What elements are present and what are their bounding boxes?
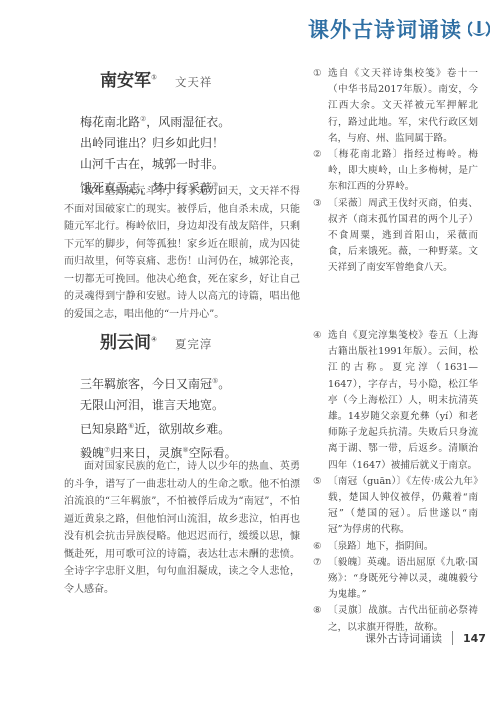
footnote: ③〔采薇〕周武王伐纣灭商，伯夷、叔齐（商末孤竹国君的两个儿子）不食周粟，逃到首阳… <box>313 196 478 277</box>
poem-line: 出岭同谁出？归乡如此归！ <box>80 133 298 154</box>
poem-section-1: 南安军① 文天祥 梅花南北路②，风雨湿征衣。 出岭同谁出？归乡如此归！ 山河千古… <box>70 66 298 199</box>
page-footer: 课外古诗词诵读 147 <box>365 630 486 646</box>
poem-line: 无限山河泪，谁言天地宽。 <box>80 395 298 416</box>
commentary-text: 面对国家民族的危亡，诗人以少年的热血、英勇的斗争，谱写了一曲悲壮动人的生命之歌。… <box>64 458 300 598</box>
poem-line: 山河千古在，城郭一时非。 <box>80 154 298 175</box>
notes-2: ④选自《夏完淳集笺校》卷五（上海古籍出版社1991年版）。云间，松江的古称。夏完… <box>313 328 478 636</box>
poem-title: 南安军① <box>100 66 157 91</box>
commentary-1: 数年坚持抗元斗争，终于无力回天，文天祥不得不面对国破家亡的现实。被俘后，他自杀未… <box>64 183 300 323</box>
footnote: ⑥〔泉路〕地下，指阴间。 <box>313 539 478 555</box>
footer-section-label: 课外古诗词诵读 <box>365 630 442 646</box>
footnote: ①选自《文天祥诗集校笺》卷十一（中华书局2017年版）。南安，今江西大余。文天祥… <box>313 66 478 147</box>
commentary-text: 数年坚持抗元斗争，终于无力回天，文天祥不得不面对国破家亡的现实。被俘后，他自杀未… <box>64 183 300 323</box>
poem-author: 文天祥 <box>175 74 213 90</box>
page-header: 课外古诗词诵读 <box>308 14 490 44</box>
poem-body: 三年羁旅客，今日又南冠⑤。 无限山河泪，谁言天地宽。 已知泉路⑥近，欲别故乡难。… <box>80 371 298 464</box>
poem-line: 梅花南北路②，风雨湿征衣。 <box>80 109 298 133</box>
page-number: 147 <box>463 632 486 645</box>
notes-1: ①选自《文天祥诗集校笺》卷十一（中华书局2017年版）。南安，今江西大余。文天祥… <box>313 66 478 277</box>
poem-section-2: 别云间④ 夏完淳 三年羁旅客，今日又南冠⑤。 无限山河泪，谁言天地宽。 已知泉路… <box>70 328 298 464</box>
commentary-2: 面对国家民族的危亡，诗人以少年的热血、英勇的斗争，谱写了一曲悲壮动人的生命之歌。… <box>64 458 300 598</box>
anchor-circle-icon <box>468 18 490 40</box>
section-title: 课外古诗词诵读 <box>308 14 462 44</box>
footnote: ④选自《夏完淳集笺校》卷五（上海古籍出版社1991年版）。云间，松江的古称。夏完… <box>313 328 478 474</box>
poem-line: 已知泉路⑥近，欲别故乡难。 <box>80 416 298 440</box>
footnote: ⑤〔南冠（guān）〕《左传·成公九年》载，楚国人钟仪被俘，仍戴着“南冠”（楚国… <box>313 474 478 539</box>
footnote: ⑦〔毅魄〕英魂。语出屈原《九歌·国殇》：“身既死兮神以灵，魂魄毅兮为鬼雄。” <box>313 555 478 604</box>
poem-title: 别云间④ <box>100 328 157 353</box>
poem-line: 三年羁旅客，今日又南冠⑤。 <box>80 371 298 395</box>
footer-divider <box>452 631 453 645</box>
footnote: ②〔梅花南北路〕指经过梅岭。梅岭，即大庾岭，山上多梅树，是广东和江西的分界岭。 <box>313 147 478 196</box>
poem-author: 夏完淳 <box>175 336 213 352</box>
